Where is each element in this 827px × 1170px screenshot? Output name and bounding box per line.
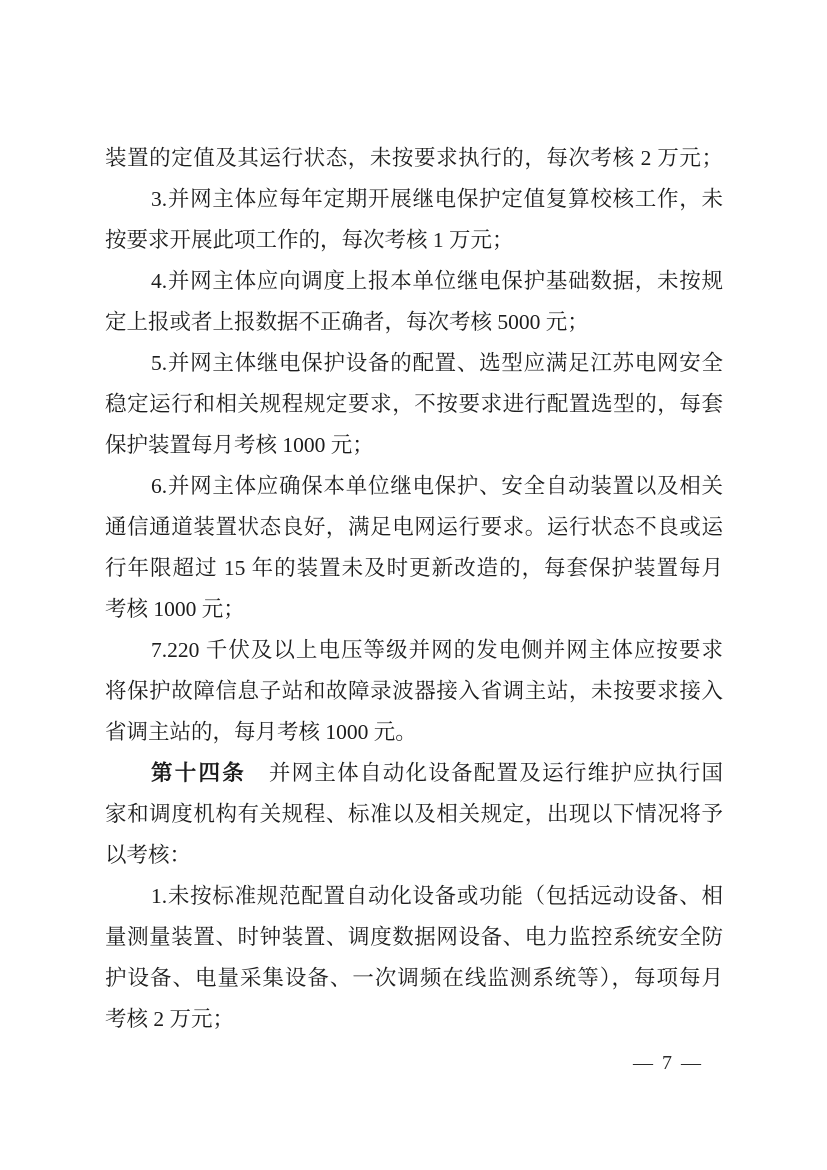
text-line: 考核 1000 元； bbox=[105, 589, 723, 630]
text-line: 7.220 千伏及以上电压等级并网的发电侧并网主体应按要求 bbox=[105, 630, 723, 671]
text-line: 保护装置每月考核 1000 元； bbox=[105, 425, 723, 466]
article-heading: 第十四条 bbox=[151, 761, 246, 785]
text-line: 行年限超过 15 年的装置未及时更新改造的，每套保护装置每月 bbox=[105, 548, 723, 589]
text-line: 1.未按标准规范配置自动化设备或功能（包括远动设备、相 bbox=[105, 876, 723, 917]
text-line: 通信通道装置状态良好，满足电网运行要求。运行状态不良或运 bbox=[105, 507, 723, 548]
text-line: 考核 2 万元； bbox=[105, 999, 723, 1040]
text-line: 第十四条 并网主体自动化设备配置及运行维护应执行国 bbox=[105, 753, 723, 794]
text-line: 护设备、电量采集设备、一次调频在线监测系统等），每项每月 bbox=[105, 958, 723, 999]
page-number: — 7 — bbox=[633, 1048, 703, 1078]
text-line: 稳定运行和相关规程规定要求，不按要求进行配置选型的，每套 bbox=[105, 384, 723, 425]
document-body: 装置的定值及其运行状态，未按要求执行的，每次考核 2 万元； 3.并网主体应每年… bbox=[105, 138, 723, 1040]
text-line: 省调主站的，每月考核 1000 元。 bbox=[105, 712, 723, 753]
text-line: 定上报或者上报数据不正确者，每次考核 5000 元； bbox=[105, 302, 723, 343]
text-line: 3.并网主体应每年定期开展继电保护定值复算校核工作，未 bbox=[105, 179, 723, 220]
text-line: 装置的定值及其运行状态，未按要求执行的，每次考核 2 万元； bbox=[105, 138, 723, 179]
text-line: 以考核： bbox=[105, 835, 723, 876]
text-line: 4.并网主体应向调度上报本单位继电保护基础数据，未按规 bbox=[105, 261, 723, 302]
text-line: 5.并网主体继电保护设备的配置、选型应满足江苏电网安全 bbox=[105, 343, 723, 384]
text-line: 6.并网主体应确保本单位继电保护、安全自动装置以及相关 bbox=[105, 466, 723, 507]
text-line: 量测量装置、时钟装置、调度数据网设备、电力监控系统安全防 bbox=[105, 917, 723, 958]
document-page: 装置的定值及其运行状态，未按要求执行的，每次考核 2 万元； 3.并网主体应每年… bbox=[0, 0, 827, 1170]
article-heading-body: 并网主体自动化设备配置及运行维护应执行国 bbox=[246, 761, 723, 785]
text-line: 按要求开展此项工作的，每次考核 1 万元； bbox=[105, 220, 723, 261]
text-line: 将保护故障信息子站和故障录波器接入省调主站，未按要求接入 bbox=[105, 671, 723, 712]
text-line: 家和调度机构有关规程、标准以及相关规定，出现以下情况将予 bbox=[105, 794, 723, 835]
